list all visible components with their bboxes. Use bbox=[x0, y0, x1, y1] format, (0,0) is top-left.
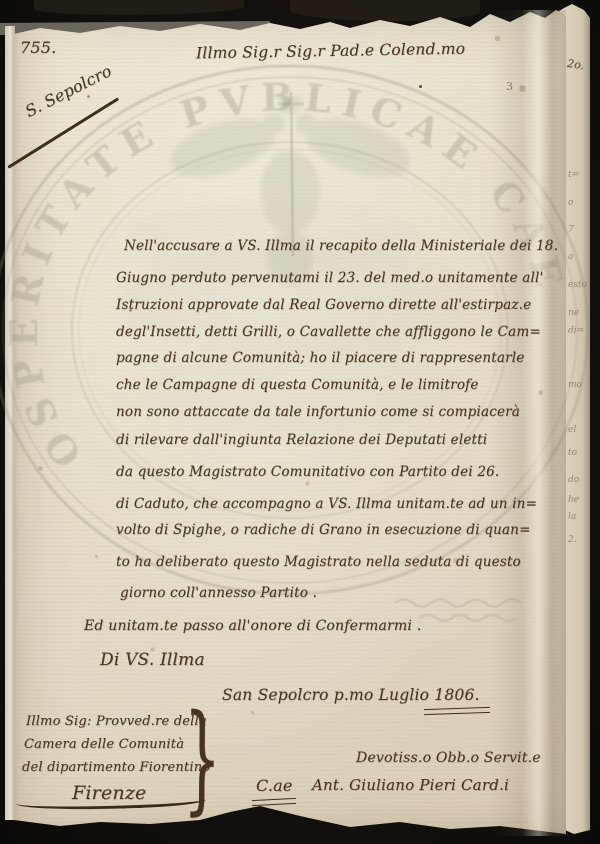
recipient-line: del dipartimento Fiorentino bbox=[22, 760, 210, 775]
bleedthrough-fragment: to bbox=[568, 448, 577, 458]
bleedthrough-fragment: he bbox=[568, 495, 579, 505]
bleedthrough-fragment: t= bbox=[568, 170, 579, 180]
left-page-sliver bbox=[5, 26, 15, 820]
torn-paper-flap bbox=[290, 0, 480, 21]
bleedthrough-fragment: do bbox=[568, 475, 579, 485]
bleedthrough-fragment: 2. bbox=[568, 535, 577, 545]
recipient-line: Camera delle Comunità bbox=[24, 737, 184, 752]
signature-prefix: C.ae bbox=[256, 776, 293, 795]
body-line: Istruzioni approvate dal Real Governo di… bbox=[116, 297, 531, 313]
closing-address: Di VS. Illma bbox=[100, 650, 205, 670]
registry-number: 755. bbox=[20, 38, 56, 57]
bleedthrough-fragment: 7 bbox=[568, 225, 574, 235]
bleedthrough-fragment: esto bbox=[568, 280, 587, 290]
closing-line: Ed unitam.te passo all'onore di Conferma… bbox=[84, 618, 421, 634]
signature-name: Ant. Giuliano Pieri Card.i bbox=[312, 776, 509, 794]
corner-mark: 2o. bbox=[566, 57, 585, 72]
recipient-line: Illmo Sig: Provved.re della bbox=[26, 714, 207, 729]
body-line: di rilevare dall'ingiunta Relazione dei … bbox=[116, 432, 487, 448]
body-line: giorno coll'annesso Partito . bbox=[120, 585, 317, 601]
dateline: San Sepolcro p.mo Luglio 1806. bbox=[222, 686, 480, 704]
body-line: Nell'accusare a VS. Illma il recapito de… bbox=[124, 238, 558, 254]
folio-mark: 3 bbox=[506, 80, 513, 93]
body-line: degl'Insetti, detti Grilli, o Cavallette… bbox=[116, 324, 541, 340]
foxing-spots bbox=[0, 0, 1, 1]
body-line: Giugno perduto pervenutami il 23. del me… bbox=[116, 270, 543, 286]
body-line: che le Campagne di questa Comunità, e le… bbox=[116, 377, 479, 393]
photographed-manuscript: OSPERITATE PVBLICAE CAE 755. Illmo Sig. bbox=[0, 0, 600, 844]
bleedthrough-fragment: el bbox=[568, 425, 576, 435]
torn-paper-flap bbox=[34, 0, 244, 15]
bleedthrough-fragment: di= bbox=[568, 326, 584, 336]
bleedthrough-fragment: la bbox=[568, 512, 576, 522]
body-line: di Caduto, che accompagno a VS. Illma un… bbox=[116, 496, 537, 512]
body-line: volto di Spighe, o radiche di Grano in e… bbox=[116, 522, 531, 538]
bleedthrough-fragment: ne bbox=[568, 308, 579, 318]
bleedthrough-fragment: o bbox=[568, 198, 573, 208]
bleedthrough-fragment: mo bbox=[568, 380, 582, 390]
body-line: non sono attaccate da tale infortunio co… bbox=[116, 404, 520, 420]
body-line: to ha deliberato questo Magistrato nella… bbox=[116, 554, 521, 570]
valediction: Devotiss.o Obb.o Servit.e bbox=[356, 750, 541, 766]
body-line: da questo Magistrato Comunitativo con Pa… bbox=[116, 464, 499, 480]
bleedthrough-fragment: a bbox=[568, 252, 573, 262]
body-line: pagne di alcune Comunità; ho il piacere … bbox=[116, 350, 525, 366]
